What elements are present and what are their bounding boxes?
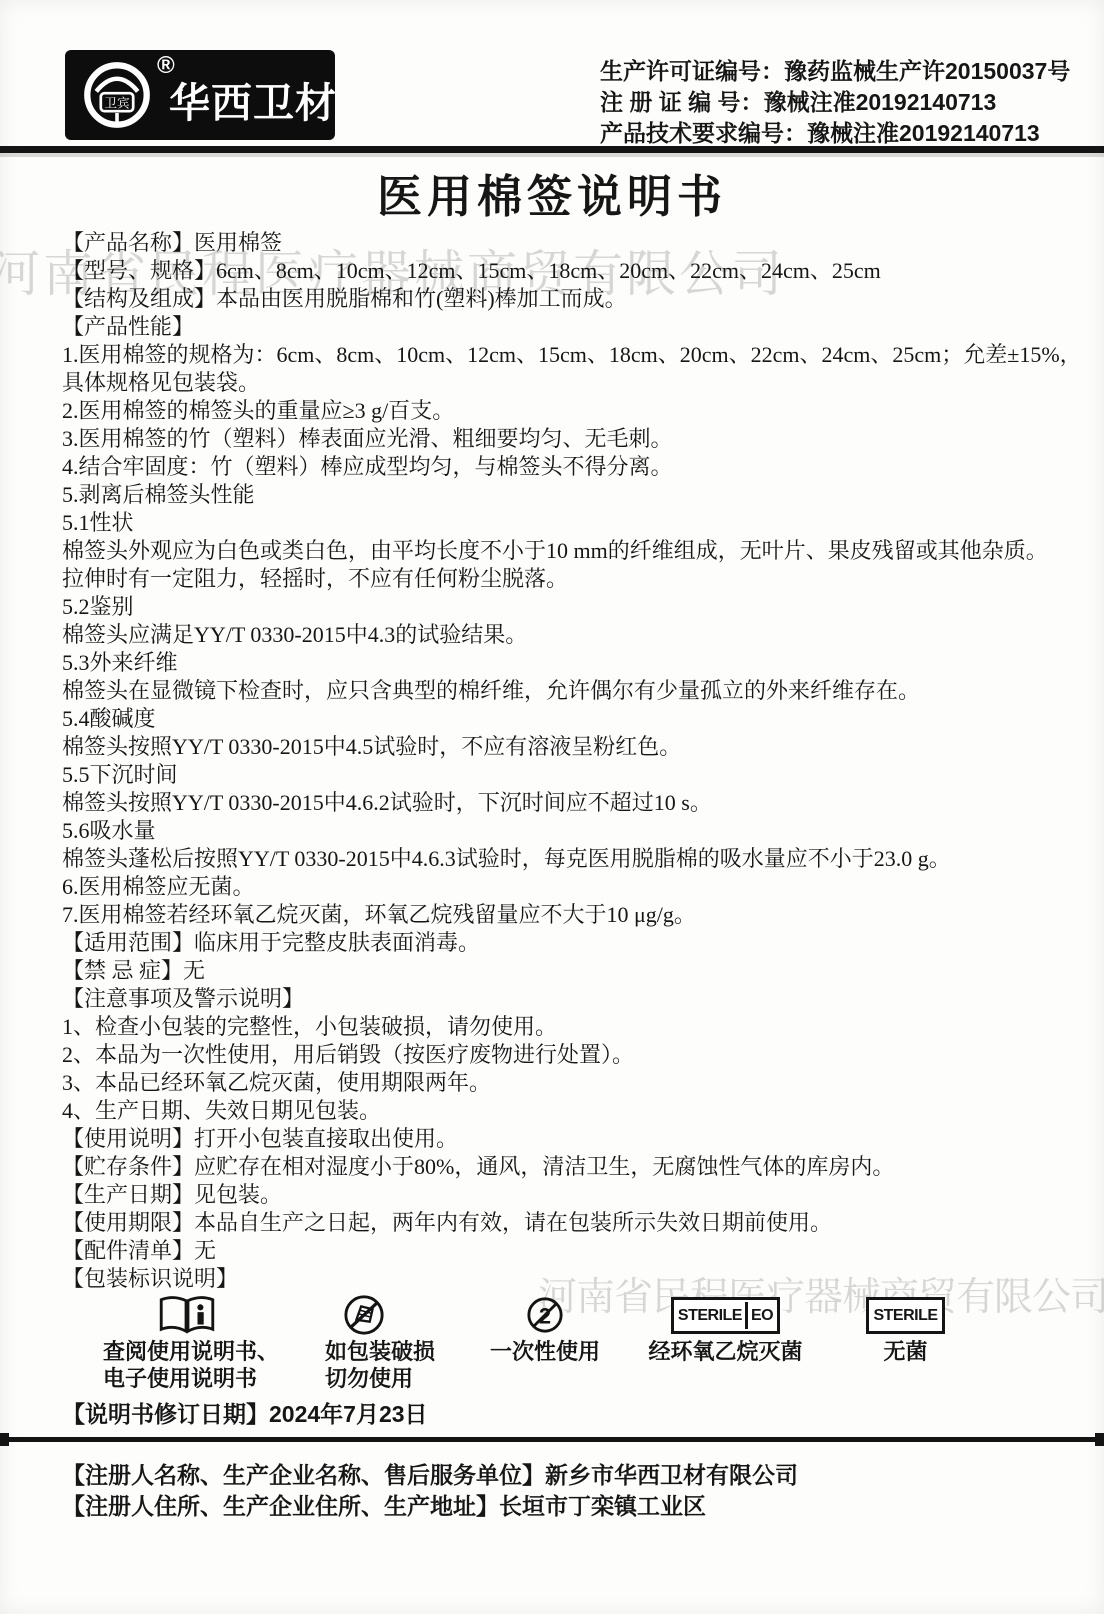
registration-list: 生产许可证编号：豫药监械生产许20150037号 注 册 证 编 号：豫械注准2… (600, 56, 1100, 149)
registration-line: 产品技术要求编号：豫械注准20192140713 (600, 118, 1100, 149)
body-line: 【包装标识说明】 (62, 1265, 1057, 1293)
body-line: 【注意事项及警示说明】 (62, 985, 1057, 1013)
divider-end-left (0, 1433, 9, 1446)
symbol-label: 查阅使用说明书、 (103, 1338, 318, 1365)
symbol-label: 无菌 (848, 1338, 963, 1365)
symbol-consult-instructions: 查阅使用说明书、 电子使用说明书 (103, 1292, 318, 1392)
footer: 【注册人名称、生产企业名称、售后服务单位】新乡市华西卫材有限公司 【注册人住所、… (62, 1460, 1062, 1522)
symbol-label: 经环氧乙烷灭菌 (638, 1338, 813, 1365)
brand-logo: 卫宾 ® 华西卫材 (65, 50, 335, 140)
body-line: 【贮存条件】应贮存在相对湿度小于80%，通风，清洁卫生，无腐蚀性气体的库房内。 (62, 1153, 1057, 1181)
brand-emblem-icon: 卫宾 (81, 59, 153, 131)
footer-line: 【注册人住所、生产企业住所、生产地址】长垣市丁栾镇工业区 (62, 1491, 1062, 1522)
body-line: 棉签头按照YY/T 0330-2015中4.6.2试验时，下沉时间应不超过10 … (62, 789, 1057, 817)
registration-line: 生产许可证编号：豫药监械生产许20150037号 (600, 56, 1100, 87)
body-line: 7.医用棉签若经环氧乙烷灭菌，环氧乙烷残留量应不大于10 μg/g。 (62, 901, 1057, 929)
body-line: 4.结合牢固度：竹（塑料）棒应成型均匀，与棉签头不得分离。 (62, 453, 1057, 481)
body-line: 5.6吸水量 (62, 817, 1057, 845)
body-line: 5.4酸碱度 (62, 705, 1057, 733)
sterile-badge: STERILE (848, 1292, 963, 1338)
symbol-label: 电子使用说明书 (103, 1365, 318, 1392)
body-line: 【使用期限】本品自生产之日起，两年内有效，请在包装所示失效日期前使用。 (62, 1209, 1057, 1237)
sterile-eo-badge-text: STERILE (678, 1302, 742, 1329)
symbol-label: 一次性使用 (480, 1338, 610, 1365)
instruction-sheet-page: 河南省民程医疗器械商贸有限公司 河南省民程医疗器械商贸有限公司 卫宾 ® 华西卫… (0, 0, 1104, 1614)
packaging-symbols: 查阅使用说明书、 电子使用说明书 如包装破损 切勿使用 2 (0, 1292, 1104, 1402)
consult-instructions-icon (103, 1292, 318, 1338)
body-line: 具体规格见包装袋。 (62, 369, 1057, 397)
body-line: 棉签头外观应为白色或类白色，由平均长度不小于10 mm的纤维组成，无叶片、果皮残… (62, 537, 1057, 565)
svg-text:卫宾: 卫宾 (104, 96, 130, 111)
single-use-icon: 2 (480, 1292, 610, 1338)
body-line: 3、本品已经环氧乙烷灭菌，使用期限两年。 (62, 1069, 1057, 1097)
body-line: 5.2鉴别 (62, 593, 1057, 621)
body-line: 棉签头蓬松后按照YY/T 0330-2015中4.6.3试验时，每克医用脱脂棉的… (62, 845, 1057, 873)
body-line: 【产品性能】 (62, 313, 1057, 341)
symbol-sterile-eo: STERILEEO 经环氧乙烷灭菌 (638, 1292, 813, 1365)
symbol-no-damaged-package: 如包装破损 切勿使用 (325, 1292, 475, 1392)
body-line: 2.医用棉签的棉签头的重量应≥3 g/百支。 (62, 397, 1057, 425)
body-line: 5.1性状 (62, 509, 1057, 537)
body-line: 5.5下沉时间 (62, 761, 1057, 789)
body-text: 【产品名称】医用棉签 【型号、规格】6cm、8cm、10cm、12cm、15cm… (62, 229, 1057, 1293)
body-line: 【适用范围】临床用于完整皮肤表面消毒。 (62, 929, 1057, 957)
body-line: 6.医用棉签应无菌。 (62, 873, 1057, 901)
body-line: 【产品名称】医用棉签 (62, 229, 1057, 257)
footer-line: 【注册人名称、生产企业名称、售后服务单位】新乡市华西卫材有限公司 (62, 1460, 1062, 1491)
body-line: 棉签头按照YY/T 0330-2015中4.5试验时，不应有溶液呈粉红色。 (62, 733, 1057, 761)
body-line: 1、检查小包装的完整性，小包装破损，请勿使用。 (62, 1013, 1057, 1041)
registration-label: 生产许可证编号： (600, 58, 784, 84)
divider-end-right (1095, 1433, 1104, 1446)
registration-line: 注 册 证 编 号：豫械注准20192140713 (600, 87, 1100, 118)
footer-divider (0, 1437, 1104, 1442)
sterile-eo-badge-eo: EO (745, 1302, 773, 1329)
body-line: 5.3外来纤维 (62, 649, 1057, 677)
sterile-eo-badge: STERILEEO (638, 1292, 813, 1338)
registration-label: 产品技术要求编号： (600, 120, 807, 146)
no-damaged-package-icon (325, 1292, 475, 1338)
symbol-label: 切勿使用 (325, 1365, 475, 1392)
symbol-label: 如包装破损 (325, 1338, 475, 1365)
header-divider (0, 146, 1104, 153)
body-line: 4、生产日期、失效日期见包装。 (62, 1097, 1057, 1125)
body-line: 棉签头应满足YY/T 0330-2015中4.3的试验结果。 (62, 621, 1057, 649)
body-line: 【使用说明】打开小包装直接取出使用。 (62, 1125, 1057, 1153)
body-line: 棉签头在显微镜下检查时，应只含典型的棉纤维，允许偶尔有少量孤立的外来纤维存在。 (62, 677, 1057, 705)
body-line: 【禁 忌 症】无 (62, 957, 1057, 985)
body-line: 【结构及组成】本品由医用脱脂棉和竹(塑料)棒加工而成。 (62, 285, 1057, 313)
symbol-single-use: 2 一次性使用 (480, 1292, 610, 1365)
body-line: 【生产日期】见包装。 (62, 1181, 1057, 1209)
body-line: 【型号、规格】6cm、8cm、10cm、12cm、15cm、18cm、20cm、… (62, 257, 1057, 285)
symbol-sterile: STERILE 无菌 (848, 1292, 963, 1365)
page-title: 医用棉签说明书 (0, 160, 1104, 225)
registration-value: 豫药监械生产许20150037号 (784, 58, 1070, 84)
sterile-badge-text: STERILE (873, 1302, 937, 1329)
body-line: 3.医用棉签的竹（塑料）棒表面应光滑、粗细要均匀、无毛刺。 (62, 425, 1057, 453)
registration-value: 豫械注准20192140713 (764, 89, 997, 115)
body-line: 【配件清单】无 (62, 1237, 1057, 1265)
registration-label: 注 册 证 编 号： (600, 89, 764, 115)
brand-name: 华西卫材 (169, 70, 337, 129)
registration-value: 豫械注准20192140713 (807, 120, 1040, 146)
revision-date-line: 【说明书修订日期】2024年7月23日 (62, 1396, 428, 1429)
body-line: 5.剥离后棉签头性能 (62, 481, 1057, 509)
body-line: 1.医用棉签的规格为：6cm、8cm、10cm、12cm、15cm、18cm、2… (62, 341, 1057, 369)
body-line: 2、本品为一次性使用，用后销毁（按医疗废物进行处置）。 (62, 1041, 1057, 1069)
body-line: 拉伸时有一定阻力，轻摇时，不应有任何粉尘脱落。 (62, 565, 1057, 593)
